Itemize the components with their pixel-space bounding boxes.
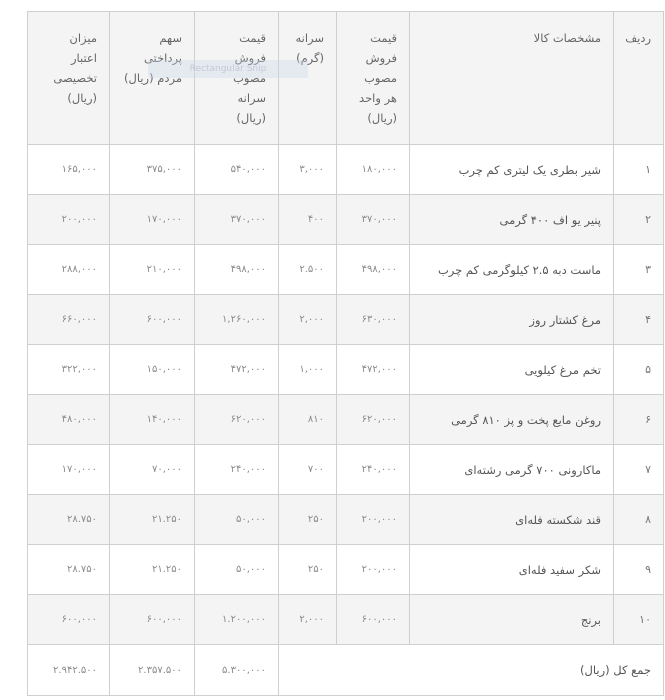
header-row: ردیف مشخصات کالا قیمت فروش مصوب هر واحد …	[28, 12, 664, 145]
cell-per-capita: ۱,۰۰۰	[279, 345, 337, 395]
cell-allocated-credit: ۲۰۰,۰۰۰	[28, 195, 110, 245]
cell-per-capita: ۲.۵۰۰	[279, 245, 337, 295]
cell-unit-price: ۶۲۰,۰۰۰	[337, 395, 410, 445]
food-price-table: ردیف مشخصات کالا قیمت فروش مصوب هر واحد …	[27, 11, 664, 696]
header-item: مشخصات کالا	[410, 12, 614, 145]
cell-per-capita-price: ۱.۲۰۰,۰۰۰	[195, 595, 279, 645]
cell-allocated-credit: ۲۸.۷۵۰	[28, 495, 110, 545]
table-row: ۷ماکارونی ۷۰۰ گرمی رشته‌ای۲۴۰,۰۰۰۷۰۰۲۴۰,…	[28, 445, 664, 495]
cell-row-no: ۶	[614, 395, 664, 445]
cell-per-capita: ۲۵۰	[279, 495, 337, 545]
cell-people-share: ۶۰۰,۰۰۰	[110, 595, 195, 645]
cell-item: ماکارونی ۷۰۰ گرمی رشته‌ای	[410, 445, 614, 495]
cell-people-share: ۱۴۰,۰۰۰	[110, 395, 195, 445]
header-allocated-credit: میزان اعتبار تخصیصی (ریال)	[28, 12, 110, 145]
cell-allocated-credit: ۱۷۰,۰۰۰	[28, 445, 110, 495]
cell-unit-price: ۶۳۰,۰۰۰	[337, 295, 410, 345]
table-row: ۹شکر سفید فله‌ای۲۰۰,۰۰۰۲۵۰۵۰,۰۰۰۲۱.۲۵۰۲۸…	[28, 545, 664, 595]
cell-per-capita-price: ۵۰,۰۰۰	[195, 545, 279, 595]
cell-per-capita-price: ۶۲۰,۰۰۰	[195, 395, 279, 445]
cell-allocated-credit: ۶۰۰,۰۰۰	[28, 595, 110, 645]
table-row: ۴مرغ کشتار روز۶۳۰,۰۰۰۲,۰۰۰۱,۲۶۰,۰۰۰۶۰۰,۰…	[28, 295, 664, 345]
cell-allocated-credit: ۱۶۵,۰۰۰	[28, 145, 110, 195]
table-row: ۶روغن مایع پخت و پز ۸۱۰ گرمی۶۲۰,۰۰۰۸۱۰۶۲…	[28, 395, 664, 445]
cell-unit-price: ۲۴۰,۰۰۰	[337, 445, 410, 495]
table-row: ۱۰برنج۶۰۰,۰۰۰۲,۰۰۰۱.۲۰۰,۰۰۰۶۰۰,۰۰۰۶۰۰,۰۰…	[28, 595, 664, 645]
cell-row-no: ۱۰	[614, 595, 664, 645]
cell-people-share: ۲۱.۲۵۰	[110, 545, 195, 595]
header-unit-price: قیمت فروش مصوب هر واحد (ریال)	[337, 12, 410, 145]
total-label: جمع کل (ریال)	[279, 645, 664, 696]
cell-per-capita: ۲۵۰	[279, 545, 337, 595]
cell-row-no: ۷	[614, 445, 664, 495]
cell-item: روغن مایع پخت و پز ۸۱۰ گرمی	[410, 395, 614, 445]
cell-people-share: ۷۰,۰۰۰	[110, 445, 195, 495]
cell-per-capita-price: ۵۰,۰۰۰	[195, 495, 279, 545]
cell-per-capita-price: ۵۴۰,۰۰۰	[195, 145, 279, 195]
cell-people-share: ۶۰۰,۰۰۰	[110, 295, 195, 345]
cell-allocated-credit: ۲۸۸,۰۰۰	[28, 245, 110, 295]
cell-allocated-credit: ۴۸۰,۰۰۰	[28, 395, 110, 445]
cell-unit-price: ۴۷۲,۰۰۰	[337, 345, 410, 395]
header-per-capita: سرانه (گرم)	[279, 12, 337, 145]
cell-per-capita: ۷۰۰	[279, 445, 337, 495]
table-body: ۱شیر بطری یک لیتری کم چرب۱۸۰,۰۰۰۳,۰۰۰۵۴۰…	[28, 145, 664, 645]
cell-per-capita-price: ۱,۲۶۰,۰۰۰	[195, 295, 279, 345]
cell-per-capita: ۸۱۰	[279, 395, 337, 445]
table-row: ۲پنیر یو اف ۴۰۰ گرمی۳۷۰,۰۰۰۴۰۰۳۷۰,۰۰۰۱۷۰…	[28, 195, 664, 245]
total-row: جمع کل (ریال) ۵.۳۰۰,۰۰۰ ۲.۳۵۷.۵۰۰ ۲.۹۴۲.…	[28, 645, 664, 696]
cell-allocated-credit: ۲۸.۷۵۰	[28, 545, 110, 595]
cell-per-capita-price: ۴۷۲,۰۰۰	[195, 345, 279, 395]
header-people-share: سهم پرداختی مردم (ریال)	[110, 12, 195, 145]
cell-row-no: ۳	[614, 245, 664, 295]
cell-row-no: ۱	[614, 145, 664, 195]
cell-per-capita: ۳,۰۰۰	[279, 145, 337, 195]
header-row-no: ردیف	[614, 12, 664, 145]
cell-per-capita: ۲,۰۰۰	[279, 595, 337, 645]
cell-row-no: ۸	[614, 495, 664, 545]
table-row: ۵تخم مرغ کیلویی۴۷۲,۰۰۰۱,۰۰۰۴۷۲,۰۰۰۱۵۰,۰۰…	[28, 345, 664, 395]
cell-people-share: ۱۷۰,۰۰۰	[110, 195, 195, 245]
cell-unit-price: ۲۰۰,۰۰۰	[337, 495, 410, 545]
cell-item: قند شکسته فله‌ای	[410, 495, 614, 545]
cell-item: ماست دبه ۲.۵ کیلوگرمی کم چرب	[410, 245, 614, 295]
cell-allocated-credit: ۶۶۰,۰۰۰	[28, 295, 110, 345]
cell-item: پنیر یو اف ۴۰۰ گرمی	[410, 195, 614, 245]
cell-per-capita-price: ۲۴۰,۰۰۰	[195, 445, 279, 495]
cell-unit-price: ۴۹۸,۰۰۰	[337, 245, 410, 295]
header-per-capita-price: قیمت فروش مصوب سرانه (ریال)	[195, 12, 279, 145]
cell-item: شیر بطری یک لیتری کم چرب	[410, 145, 614, 195]
cell-item: شکر سفید فله‌ای	[410, 545, 614, 595]
cell-row-no: ۲	[614, 195, 664, 245]
cell-allocated-credit: ۳۲۲,۰۰۰	[28, 345, 110, 395]
cell-per-capita-price: ۴۹۸,۰۰۰	[195, 245, 279, 295]
table-row: ۱شیر بطری یک لیتری کم چرب۱۸۰,۰۰۰۳,۰۰۰۵۴۰…	[28, 145, 664, 195]
cell-per-capita: ۴۰۰	[279, 195, 337, 245]
total-per-capita-price: ۵.۳۰۰,۰۰۰	[195, 645, 279, 696]
cell-item: تخم مرغ کیلویی	[410, 345, 614, 395]
cell-unit-price: ۱۸۰,۰۰۰	[337, 145, 410, 195]
cell-item: مرغ کشتار روز	[410, 295, 614, 345]
total-people-share: ۲.۳۵۷.۵۰۰	[110, 645, 195, 696]
cell-per-capita: ۲,۰۰۰	[279, 295, 337, 345]
cell-unit-price: ۶۰۰,۰۰۰	[337, 595, 410, 645]
cell-row-no: ۹	[614, 545, 664, 595]
cell-people-share: ۲۱.۲۵۰	[110, 495, 195, 545]
cell-row-no: ۵	[614, 345, 664, 395]
table-row: ۸قند شکسته فله‌ای۲۰۰,۰۰۰۲۵۰۵۰,۰۰۰۲۱.۲۵۰۲…	[28, 495, 664, 545]
cell-unit-price: ۲۰۰,۰۰۰	[337, 545, 410, 595]
cell-row-no: ۴	[614, 295, 664, 345]
cell-people-share: ۱۵۰,۰۰۰	[110, 345, 195, 395]
table-container: ردیف مشخصات کالا قیمت فروش مصوب هر واحد …	[27, 11, 663, 696]
cell-people-share: ۲۱۰,۰۰۰	[110, 245, 195, 295]
cell-people-share: ۳۷۵,۰۰۰	[110, 145, 195, 195]
cell-per-capita-price: ۳۷۰,۰۰۰	[195, 195, 279, 245]
cell-item: برنج	[410, 595, 614, 645]
cell-unit-price: ۳۷۰,۰۰۰	[337, 195, 410, 245]
total-allocated-credit: ۲.۹۴۲.۵۰۰	[28, 645, 110, 696]
table-row: ۳ماست دبه ۲.۵ کیلوگرمی کم چرب۴۹۸,۰۰۰۲.۵۰…	[28, 245, 664, 295]
